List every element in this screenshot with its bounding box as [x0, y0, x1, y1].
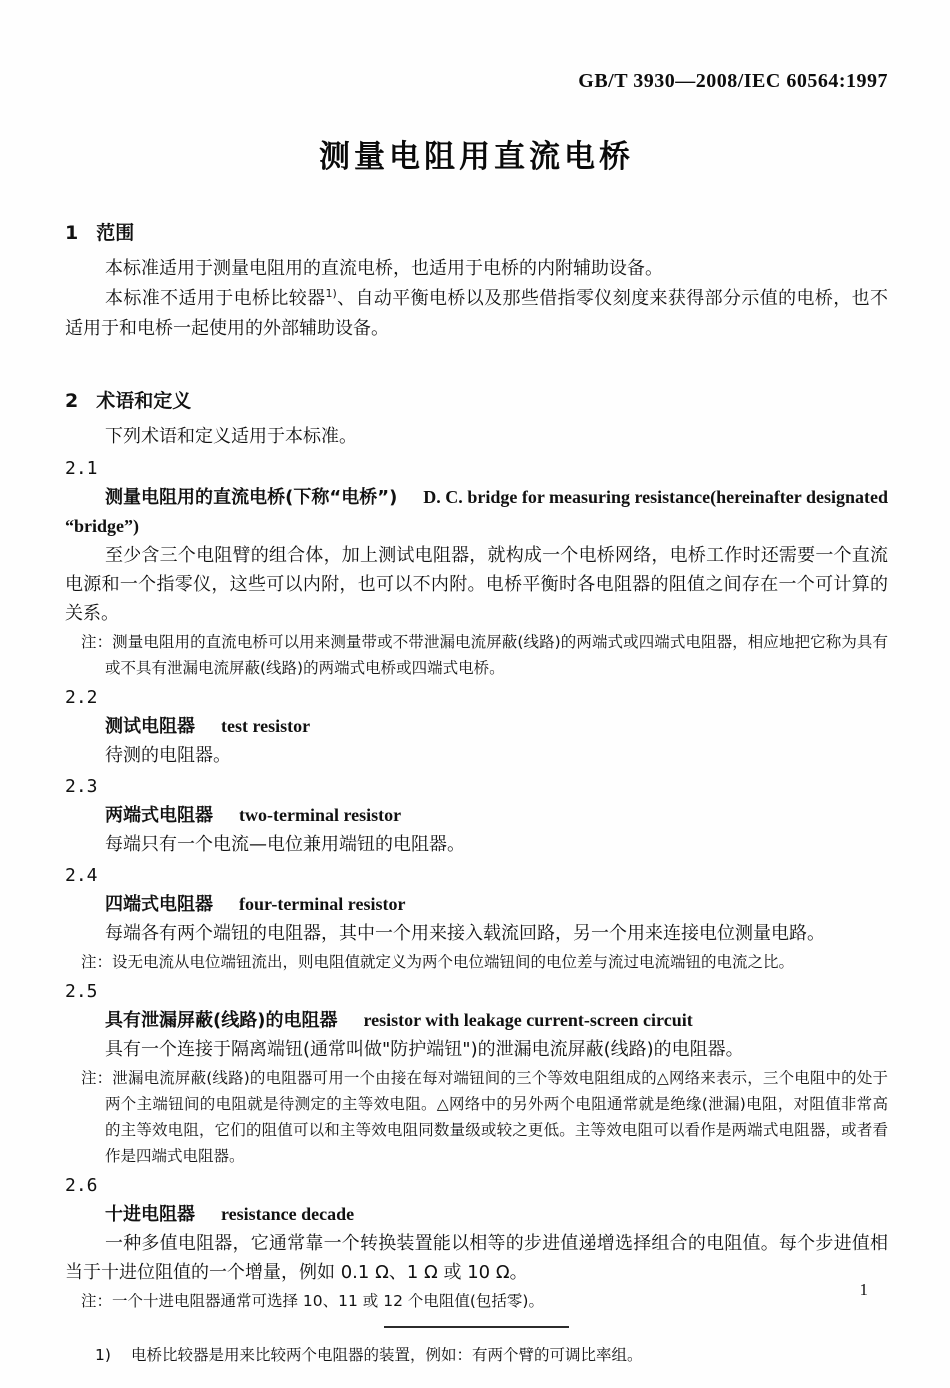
standard-number-header: GB/T 3930—2008/IEC 60564:1997: [65, 70, 888, 92]
term-definition: 每端只有一个电流—电位兼用端钮的电阻器。: [65, 830, 888, 859]
term-definition: 每端各有两个端钮的电阻器，其中一个用来接入载流回路，另一个用来连接电位测量电路。: [65, 919, 888, 948]
term-name-en: four-terminal resistor: [239, 894, 405, 914]
term-name-zh: 两端式电阻器: [105, 805, 213, 826]
term-heading: 测试电阻器test resistor: [65, 712, 888, 741]
section-scope: 1范围 本标准适用于测量电阻用的直流电桥，也适用于电桥的内附辅助设备。 本标准不…: [65, 220, 888, 344]
terms-section-title: 术语和定义: [96, 390, 191, 412]
term-definition: 具有一个连接于隔离端钮(通常叫做"防护端钮")的泄漏电流屏蔽(线路)的电阻器。: [65, 1035, 888, 1064]
term-number: 2.3: [65, 772, 888, 801]
term-entry-2-3: 2.3 两端式电阻器two-terminal resistor 每端只有一个电流…: [65, 772, 888, 859]
term-note: 注：泄漏电流屏蔽(线路)的电阻器可用一个由接在每对端钮间的三个等效电阻组成的△网…: [65, 1065, 888, 1169]
term-number: 2.4: [65, 861, 888, 890]
term-definition: 待测的电阻器。: [65, 741, 888, 770]
term-number: 2.2: [65, 683, 888, 712]
term-entry-2-6: 2.6 十进电阻器resistance decade 一种多值电阻器，它通常靠一…: [65, 1171, 888, 1314]
scope-section-title: 范围: [96, 222, 134, 244]
document-page: GB/T 3930—2008/IEC 60564:1997 测量电阻用直流电桥 …: [0, 0, 950, 1388]
term-name-zh: 具有泄漏屏蔽(线路)的电阻器: [105, 1010, 337, 1031]
term-number: 2.5: [65, 977, 888, 1006]
scope-paragraph-2: 本标准不适用于电桥比较器1)、自动平衡电桥以及那些借指零仪刻度来获得部分示值的电…: [65, 284, 888, 344]
term-note: 注：一个十进电阻器通常可选择 10、11 或 12 个电阻值(包括零)。: [65, 1288, 888, 1314]
footnote-reference: 1): [326, 287, 337, 300]
term-definition: 一种多值电阻器，它通常靠一个转换装置能以相等的步进值递增选择组合的电阻值。每个步…: [65, 1229, 888, 1287]
term-name-zh: 测量电阻用的直流电桥(下称“电桥”): [105, 487, 397, 508]
term-note: 注：测量电阻用的直流电桥可以用来测量带或不带泄漏电流屏蔽(线路)的两端式或四端式…: [65, 629, 888, 681]
terms-section-number: 2: [65, 388, 78, 414]
term-definition: 至少含三个电阻臂的组合体，加上测试电阻器，就构成一个电桥网络，电桥工作时还需要一…: [65, 541, 888, 628]
term-heading: 四端式电阻器four-terminal resistor: [65, 890, 888, 919]
term-entry-2-5: 2.5 具有泄漏屏蔽(线路)的电阻器resistor with leakage …: [65, 977, 888, 1169]
page-number: 1: [860, 1280, 869, 1300]
term-name-en: test resistor: [221, 716, 310, 736]
footnote-number: 1): [95, 1342, 131, 1368]
term-heading: 测量电阻用的直流电桥(下称“电桥”)D. C. bridge for measu…: [65, 483, 888, 541]
terms-heading: 2术语和定义: [65, 388, 888, 414]
term-note: 注：设无电流从电位端钮流出，则电阻值就定义为两个电位端钮间的电位差与流过电流端钮…: [65, 949, 888, 975]
footnote-text: 电桥比较器是用来比较两个电阻器的装置，例如：有两个臂的可调比率组。: [131, 1346, 643, 1364]
scope-section-number: 1: [65, 220, 78, 246]
scope-heading: 1范围: [65, 220, 888, 246]
section-terms: 2术语和定义 下列术语和定义适用于本标准。 2.1 测量电阻用的直流电桥(下称“…: [65, 388, 888, 1314]
footnote-divider: [384, 1326, 569, 1328]
term-heading: 十进电阻器resistance decade: [65, 1200, 888, 1229]
term-heading: 具有泄漏屏蔽(线路)的电阻器resistor with leakage curr…: [65, 1006, 888, 1035]
term-name-zh: 四端式电阻器: [105, 894, 213, 915]
term-name-en: two-terminal resistor: [239, 805, 401, 825]
scope-p2-text: 本标准不适用于电桥比较器: [105, 288, 326, 309]
term-name-zh: 十进电阻器: [105, 1204, 195, 1225]
term-name-en: resistor with leakage current-screen cir…: [363, 1010, 692, 1030]
term-entry-2-4: 2.4 四端式电阻器four-terminal resistor 每端各有两个端…: [65, 861, 888, 975]
term-heading: 两端式电阻器two-terminal resistor: [65, 801, 888, 830]
term-name-zh: 测试电阻器: [105, 716, 195, 737]
term-entry-2-1: 2.1 测量电阻用的直流电桥(下称“电桥”)D. C. bridge for m…: [65, 454, 888, 681]
term-number: 2.1: [65, 454, 888, 483]
term-name-en: resistance decade: [221, 1204, 354, 1224]
term-number: 2.6: [65, 1171, 888, 1200]
term-entry-2-2: 2.2 测试电阻器test resistor 待测的电阻器。: [65, 683, 888, 770]
document-title: 测量电阻用直流电桥: [65, 138, 888, 176]
scope-paragraph-1: 本标准适用于测量电阻用的直流电桥，也适用于电桥的内附辅助设备。: [65, 254, 888, 284]
terms-intro: 下列术语和定义适用于本标准。: [65, 422, 888, 452]
footnote: 1)电桥比较器是用来比较两个电阻器的装置，例如：有两个臂的可调比率组。: [65, 1342, 888, 1368]
